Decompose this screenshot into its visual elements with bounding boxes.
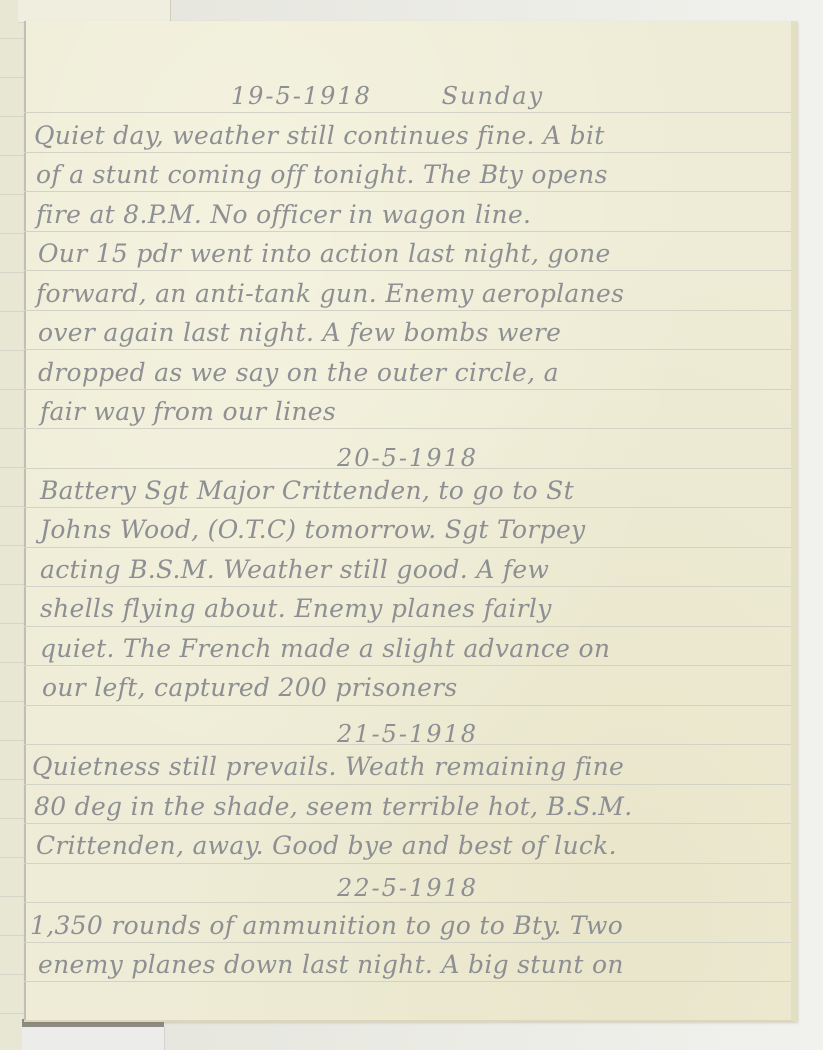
entry-line: shells flying about. Enemy planes fairly [40,590,791,628]
entry-line: Quietness still prevails. Weath remainin… [32,748,791,786]
entry-date: 19-5-1918 [231,82,372,110]
page-tab-bottom [22,1027,165,1050]
entry-line: fire at 8.P.M. No officer in wagon line. [36,196,791,234]
entry-line: of a stunt coming off tonight. The Bty o… [36,156,791,194]
entry-date: 22-5-1918 [337,874,478,902]
entry-line: quiet. The French made a slight advance … [40,630,791,668]
entry-line: enemy planes down last night. A big stun… [38,946,791,984]
entry-line: 80 deg in the shade, seem terrible hot, … [34,788,791,826]
entry-date: 21-5-1918 [337,720,478,748]
diary-page: 19-5-1918 Sunday Quiet day, weather stil… [24,21,797,1022]
entry-date: 20-5-1918 [337,444,478,472]
entry-line: acting B.S.M. Weather still good. A few [40,551,791,589]
entry-date-heading: 22-5-1918 [24,869,791,907]
entry-line: dropped as we say on the outer circle, a [38,354,791,392]
previous-page-edge [0,0,26,1050]
entry-line: forward, an anti-tank gun. Enemy aeropla… [36,275,791,313]
entry-line: 1,350 rounds of ammunition to go to Bty.… [30,907,791,945]
entry-line: our left, captured 200 prisoners [42,669,791,707]
entry-line: Crittenden, away. Good bye and best of l… [36,827,791,865]
entry-line: Battery Sgt Major Crittenden, to go to S… [40,472,791,510]
entry-line: Our 15 pdr went into action last night, … [38,235,791,273]
entry-date-heading: 19-5-1918 Sunday [24,77,791,115]
entry-line: Johns Wood, (O.T.C) tomorrow. Sgt Torpey [40,511,791,549]
entry-line: over again last night. A few bombs were [38,314,791,352]
entry-line: fair way from our lines [40,393,791,431]
entry-day: Sunday [442,82,545,110]
entry-line: Quiet day, weather still continues fine.… [34,117,791,155]
page-tab-top [18,0,171,23]
